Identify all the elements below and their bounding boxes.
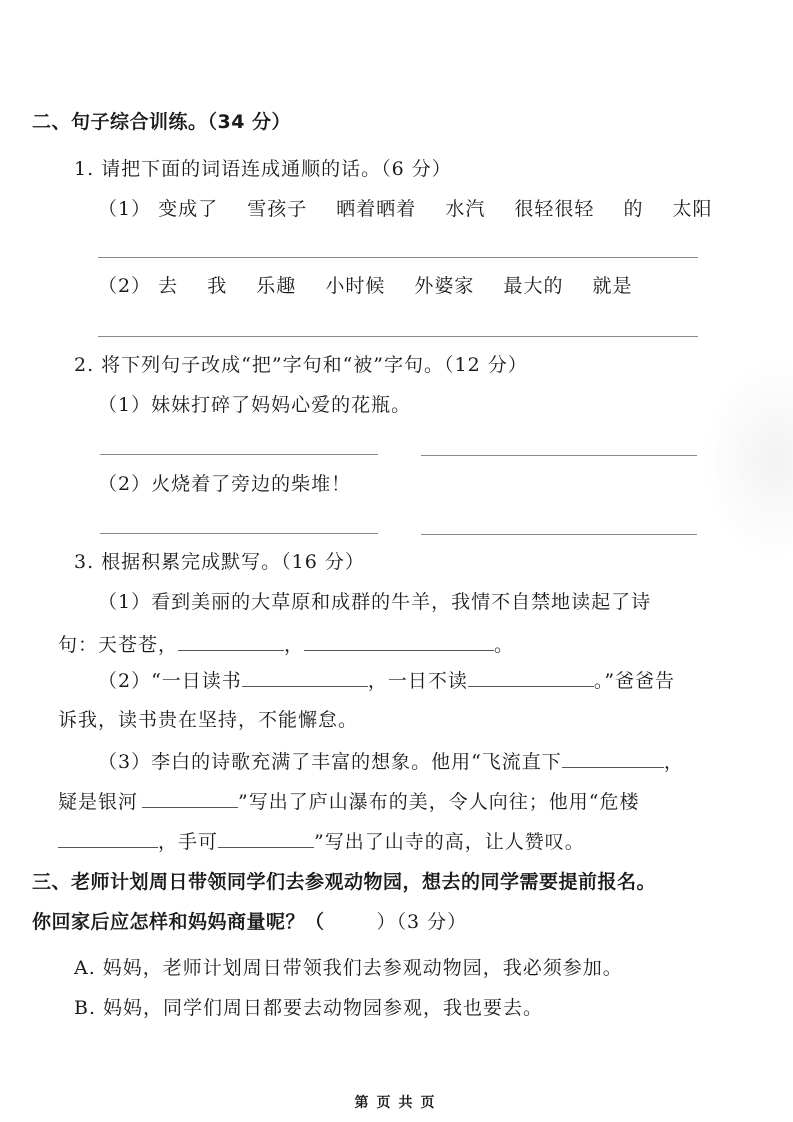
blank-q3-3c[interactable]: [58, 829, 158, 848]
word: 就是: [593, 275, 633, 297]
q2-item1: （1）妹妹打碎了妈妈心爱的花瓶。: [98, 393, 411, 417]
answer-line-q1-2[interactable]: [98, 336, 698, 337]
q3-item3-text3b: ”写出了山寺的高，让人赞叹。: [314, 831, 585, 853]
footer-word: 共: [399, 1095, 417, 1111]
section-2-title: 二、句子综合训练。（34 分）: [32, 110, 291, 134]
q3-item3-line3: ，手可”写出了山寺的高，让人赞叹。: [58, 829, 585, 854]
word: 去: [158, 275, 178, 297]
word: 小时候: [325, 275, 385, 297]
q1-prompt: 1. 请把下面的词语连成通顺的话。（6 分）: [74, 157, 452, 181]
footer-word: 页: [421, 1095, 439, 1111]
blank-q3-3b[interactable]: [142, 789, 238, 808]
q3-item3-text3a: ，手可: [158, 831, 218, 853]
answer-line-q2-1-bei[interactable]: [421, 455, 697, 456]
q3-item1-line1: （1）看到美丽的大草原和成群的牛羊，我情不自禁地读起了诗: [98, 590, 651, 614]
q3-item3-line1: （3）李白的诗歌充满了丰富的想象。他用“飞流直下，: [98, 749, 684, 774]
section-3-text: 你回家后应怎样和妈妈商量呢？（: [32, 911, 325, 933]
q3-item1-prefix: 句：天苍苍，: [58, 634, 178, 656]
word: 最大的: [503, 275, 563, 297]
scan-shadow: [703, 360, 793, 560]
q1-item1: （1） 变成了 雪孩子 晒着晒着 水汽 很轻很轻 的 太阳: [98, 197, 713, 221]
comma: ，: [664, 751, 684, 773]
q3-item3-text2a: 疑是银河: [58, 791, 138, 813]
q3-prompt: 3. 根据积累完成默写。（16 分）: [74, 550, 365, 574]
blank-q3-1a[interactable]: [178, 632, 284, 651]
blank-q3-3a[interactable]: [562, 749, 664, 768]
q3-item2-line1: （2）“一日读书，一日不读。”爸爸告: [98, 668, 675, 693]
page-footer: 第页共页: [0, 1092, 793, 1112]
q1-item2-label: （2）: [98, 275, 151, 297]
answer-line-q1-1[interactable]: [98, 257, 698, 258]
section-3-question-line2: 你回家后应怎样和妈妈商量呢？（）（3 分）: [32, 910, 467, 934]
word: 的: [623, 198, 643, 220]
q1-item2: （2） 去 我 乐趣 小时候 外婆家 最大的 就是: [98, 274, 633, 298]
section-3-score: ）（3 分）: [377, 911, 468, 933]
answer-line-q2-2-bei[interactable]: [421, 534, 697, 535]
blank-q3-1b[interactable]: [304, 632, 494, 651]
q2-prompt: 2. 将下列句子改成“把”字句和“被”字句。（12 分）: [74, 353, 528, 377]
blank-q3-2b[interactable]: [468, 668, 594, 687]
word: 水汽: [445, 198, 485, 220]
section-3-question: 三、老师计划周日带领同学们去参观动物园，想去的同学需要提前报名。: [32, 870, 656, 894]
q2-item2: （2）火烧着了旁边的柴堆！: [98, 472, 351, 496]
q3-item1-line2: 句：天苍苍，，。: [58, 632, 514, 657]
q3-item3-line2: 疑是银河”写出了庐山瀑布的美，令人向往；他用“危楼: [58, 789, 639, 814]
word: 变成了: [158, 198, 218, 220]
word: 太阳: [673, 198, 713, 220]
answer-line-q2-2-ba[interactable]: [100, 533, 378, 534]
word: 外婆家: [414, 275, 474, 297]
option-b: B. 妈妈，同学们周日都要去动物园参观，我也要去。: [74, 996, 543, 1020]
word: 晒着晒着: [336, 198, 416, 220]
footer-word: 第: [355, 1095, 373, 1111]
blank-q3-2a[interactable]: [242, 668, 368, 687]
answer-line-q2-1-ba[interactable]: [100, 454, 378, 455]
q1-item1-label: （1）: [98, 198, 151, 220]
word: 我: [207, 275, 227, 297]
q3-item3-text2b: ”写出了庐山瀑布的美，令人向往；他用“危楼: [238, 791, 639, 813]
footer-word: 页: [377, 1095, 395, 1111]
q3-item2-line2: 诉我，读书贵在坚持，不能懈怠。: [58, 708, 358, 732]
q3-item3-text1: （3）李白的诗歌充满了丰富的想象。他用“飞流直下: [98, 751, 562, 773]
word: 雪孩子: [247, 198, 307, 220]
word: 乐趣: [256, 275, 296, 297]
period: 。: [494, 634, 514, 656]
blank-q3-3d[interactable]: [218, 829, 314, 848]
comma: ，: [284, 634, 304, 656]
option-a: A. 妈妈，老师计划周日带领我们去参观动物园，我必须参加。: [74, 956, 623, 980]
word: 很轻很轻: [514, 198, 594, 220]
q3-item2-part3: 。”爸爸告: [594, 670, 675, 692]
q3-item2-part2: ，一日不读: [368, 670, 468, 692]
q3-item2-part1: （2）“一日读书: [98, 670, 242, 692]
